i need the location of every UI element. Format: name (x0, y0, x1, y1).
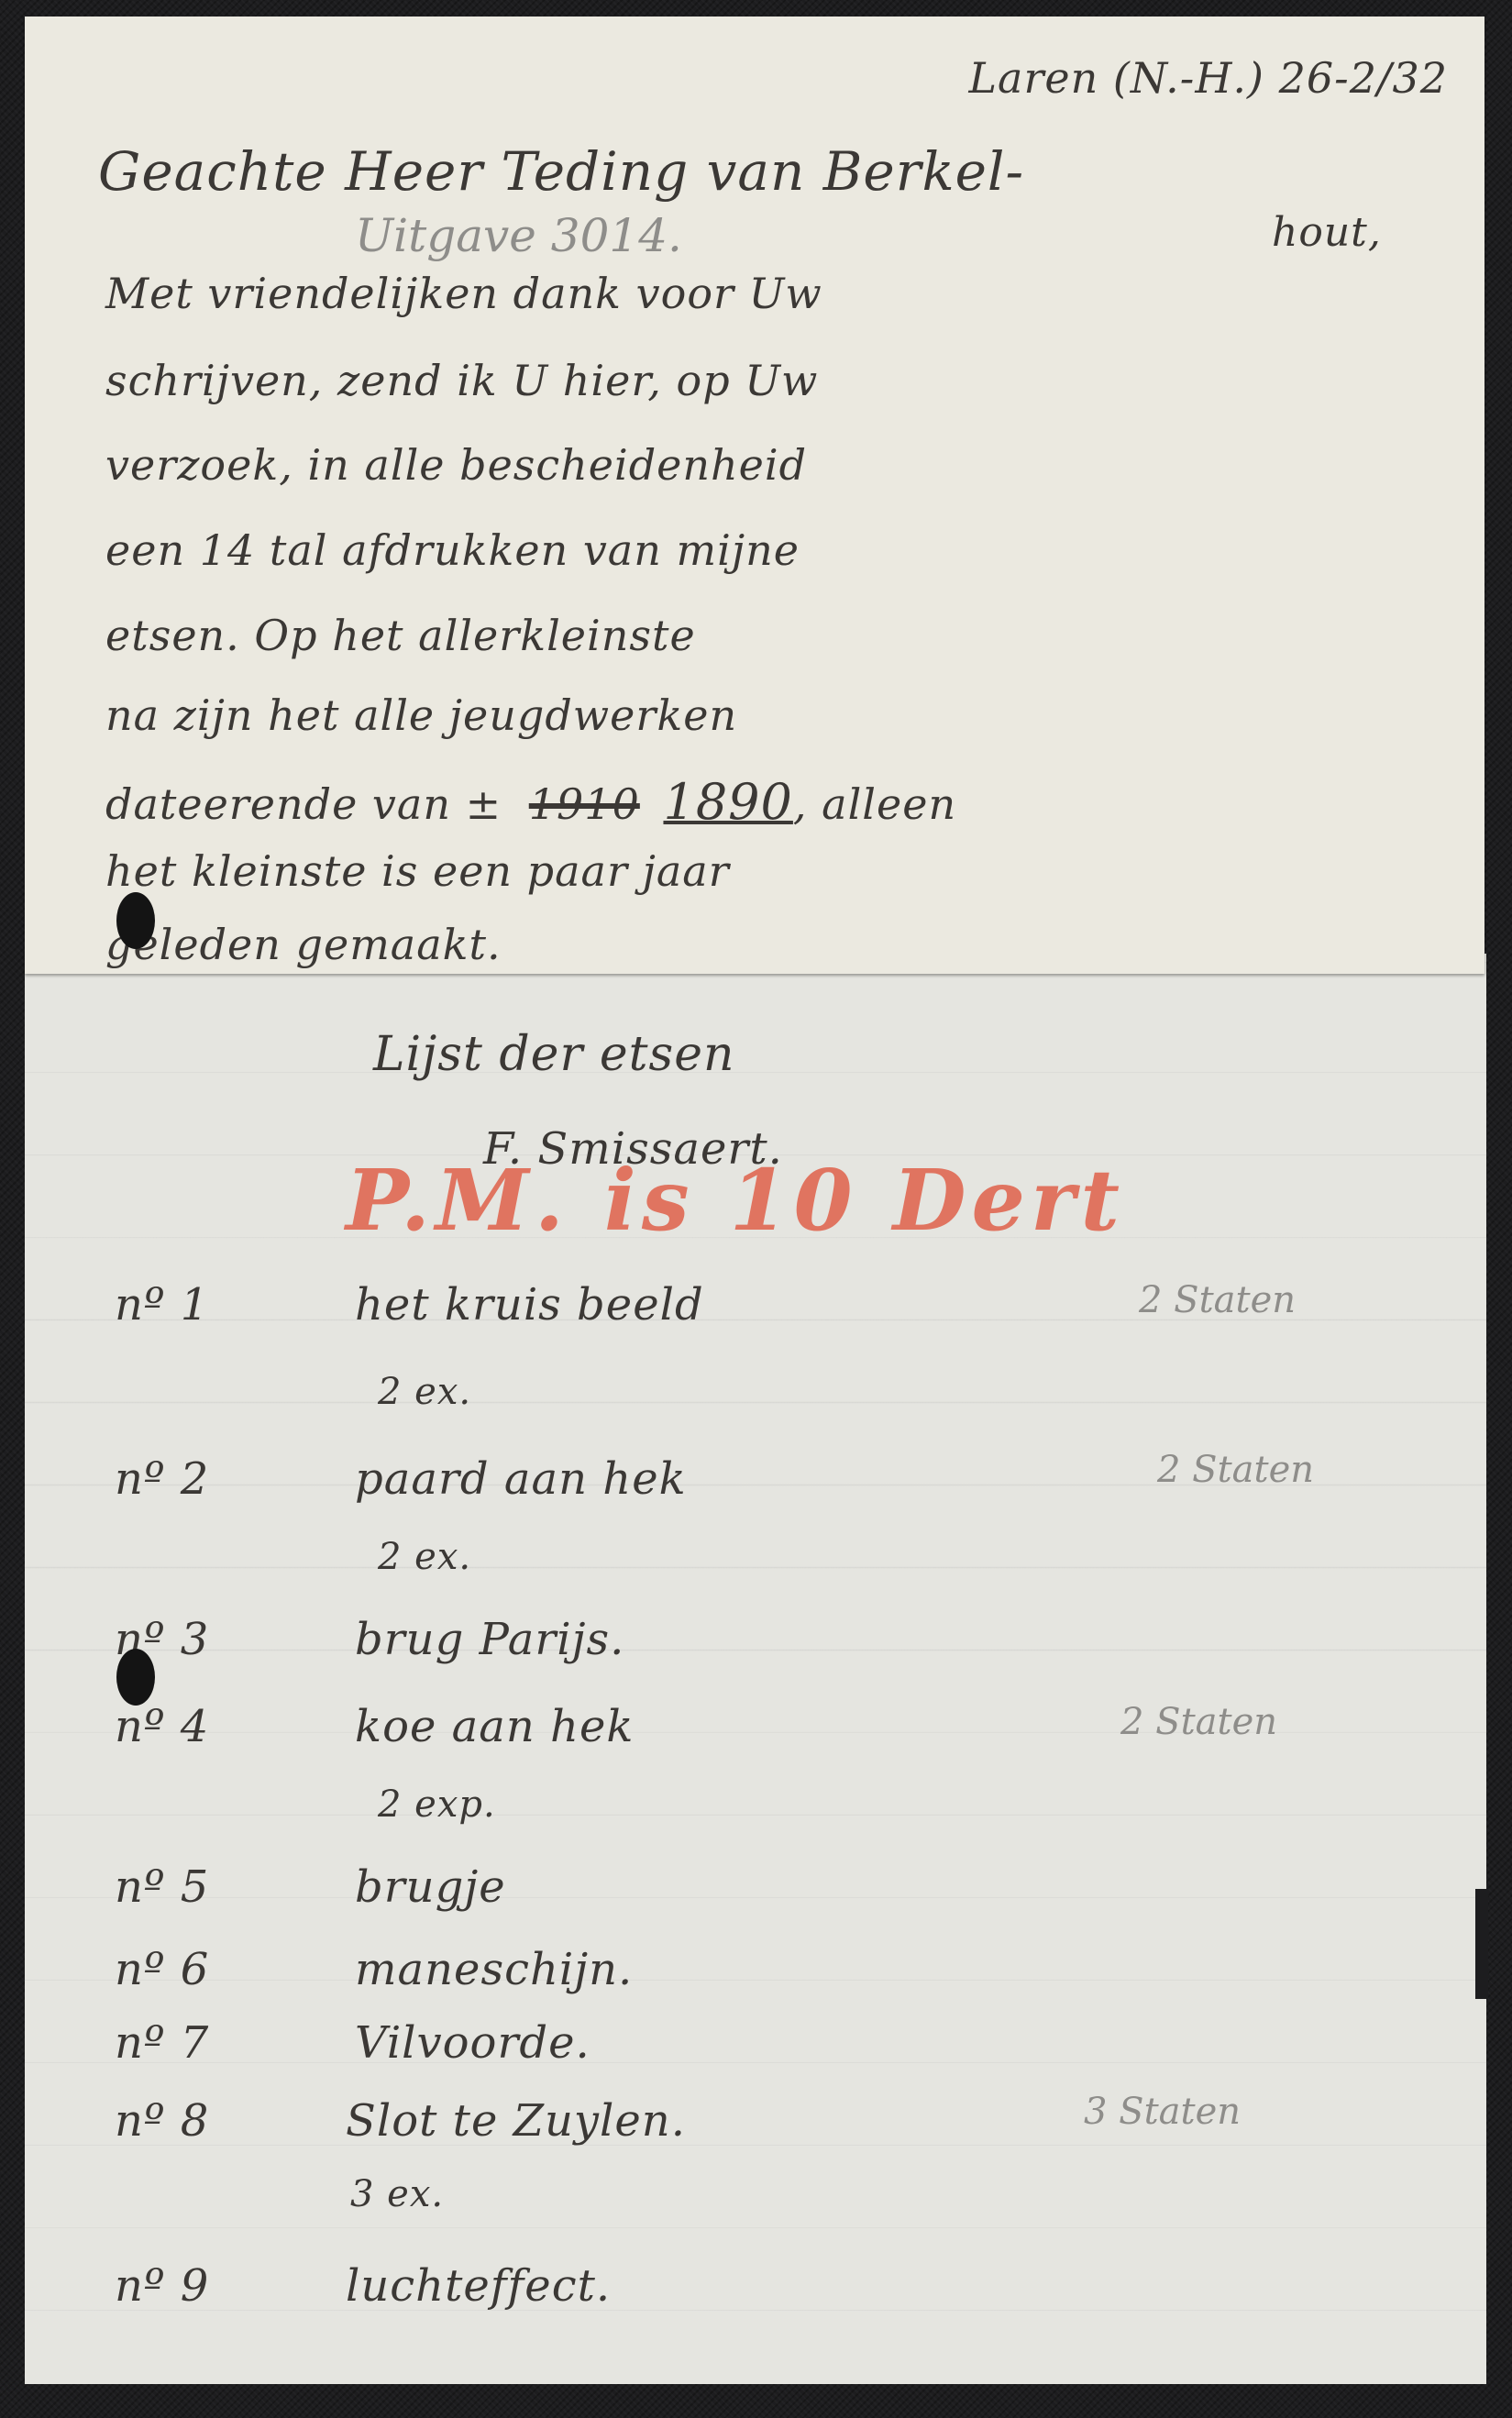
dating-continuation: , alleen (793, 779, 956, 829)
item-number: nº 5 (115, 1861, 209, 1913)
item-number: nº 2 (115, 1453, 209, 1505)
pencil-note-uitgave: Uitgave 3014. (355, 209, 682, 262)
item-states: 2 Staten (1157, 1449, 1314, 1491)
letter-sheet: Laren (N.-H.) 26-2/32 Geachte Heer Tedin… (25, 17, 1484, 974)
edge-tear (1475, 1889, 1488, 1999)
item-number: nº 4 (115, 1701, 209, 1752)
item-number: nº 7 (115, 2017, 209, 2069)
punch-hole-icon (116, 1649, 155, 1706)
body-line-7: dateerende van ± 1910 1890, alleen (105, 773, 956, 831)
item-number: nº 6 (115, 1944, 209, 1995)
item-title: luchteffect. (346, 2260, 611, 2312)
item-copies: 2 ex. (378, 1371, 471, 1413)
dating-text: dateerende van ± (105, 779, 502, 829)
red-crayon-annotation: P.M. is 10 Dert (346, 1151, 1125, 1250)
body-line-9: geleden gemaakt. (105, 920, 502, 969)
salutation-line-2: hout, (1272, 209, 1382, 256)
item-title: paard aan hek (355, 1453, 687, 1505)
body-line-2: schrijven, zend ik U hier, op Uw (105, 356, 818, 405)
place-date: Laren (N.-H.) 26-2/32 (968, 53, 1448, 103)
item-states: 2 Staten (1139, 1279, 1296, 1321)
item-title: brugje (355, 1861, 506, 1913)
body-line-5: etsen. Op het allerkleinste (105, 611, 696, 660)
year-1890: 1890 (663, 773, 792, 831)
salutation-line-1: Geachte Heer Teding van Berkel- (98, 140, 1024, 203)
body-line-1: Met vriendelijken dank voor Uw (105, 269, 822, 318)
item-title: het kruis beeld (355, 1279, 704, 1330)
struck-year: 1910 (529, 779, 640, 829)
punch-hole-icon (116, 892, 155, 949)
item-title: koe aan hek (355, 1701, 634, 1752)
item-title: Vilvoorde. (355, 2017, 590, 2069)
item-states: 3 Staten (1084, 2091, 1241, 2133)
list-title: Lijst der etsen (373, 1027, 734, 1082)
body-line-6: na zijn het alle jeugdwerken (105, 690, 737, 740)
body-line-8: het kleinste is een paar jaar (105, 846, 730, 896)
item-copies: 2 exp. (378, 1783, 496, 1826)
body-line-3: verzoek, in alle bescheidenheid (105, 440, 807, 490)
item-title: Slot te Zuylen. (346, 2095, 686, 2147)
item-title: brug Parijs. (355, 1614, 624, 1665)
body-line-4: een 14 tal afdrukken van mijne (105, 525, 800, 575)
item-number: nº 8 (115, 2095, 209, 2147)
item-number: nº 1 (115, 1279, 209, 1330)
list-sheet: Lijst der etsen F. Smissaert. P.M. is 10… (25, 954, 1486, 2384)
item-title: maneschijn. (355, 1944, 633, 1995)
item-states: 2 Staten (1120, 1701, 1277, 1743)
item-copies: 3 ex. (350, 2173, 444, 2215)
item-copies: 2 ex. (378, 1536, 471, 1578)
item-number: nº 9 (115, 2260, 209, 2312)
